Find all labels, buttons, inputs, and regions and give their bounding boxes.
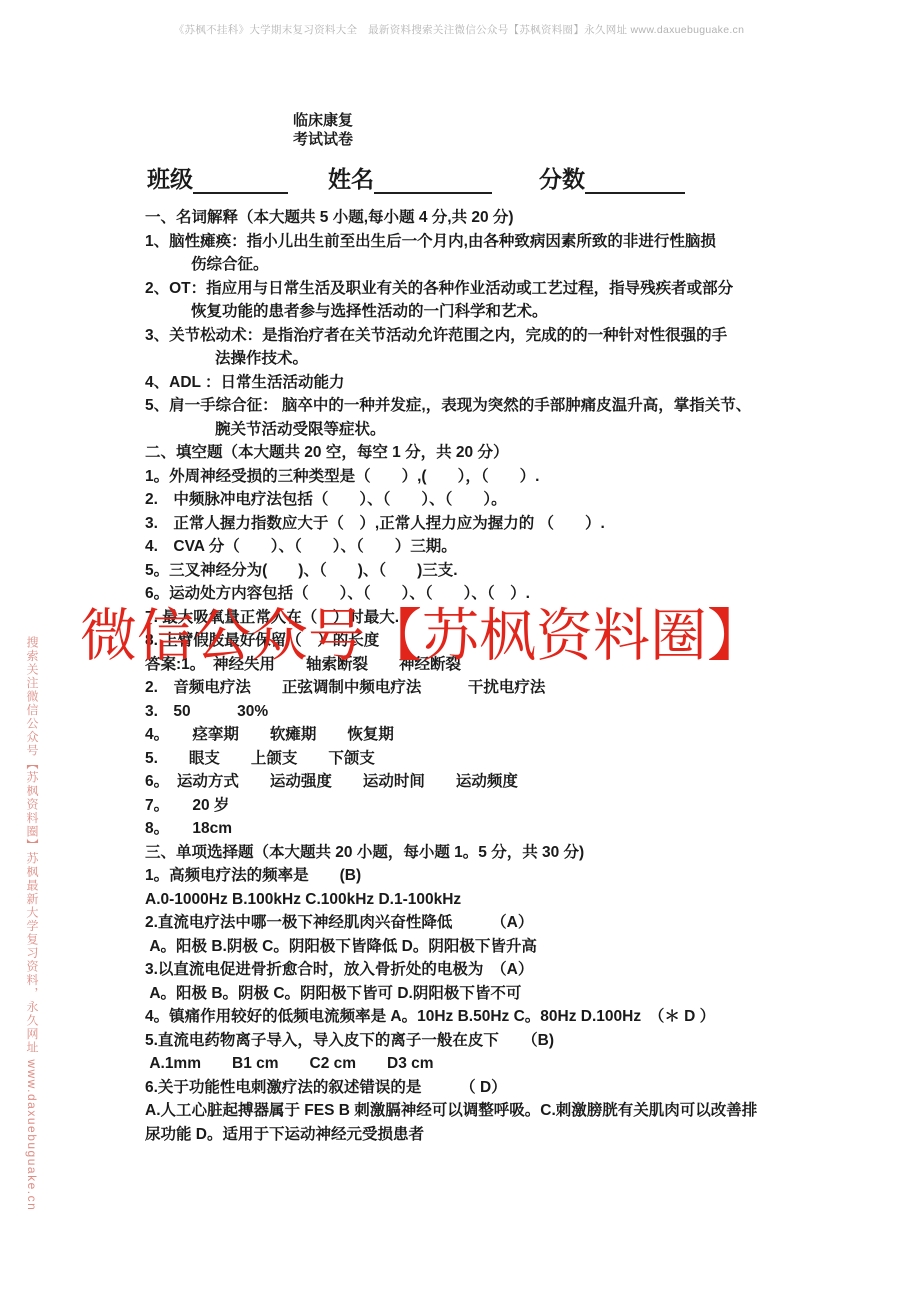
- doc-line: 二、填空题（本大题共 20 空，每空 1 分，共 20 分）: [145, 441, 810, 465]
- doc-line: 1。高频电疗法的频率是 (B): [145, 864, 810, 888]
- exam-title: 临床康复 考试试卷: [293, 112, 353, 149]
- doc-line: 2. 音频电疗法 正弦调制中频电疗法 干扰电疗法: [145, 676, 810, 700]
- doc-line: A。阳极 B.阴极 C。阴阳极下皆降低 D。阴阳极下皆升高: [145, 935, 810, 959]
- doc-line: 4、ADL ：日常生活活动能力: [145, 371, 810, 395]
- doc-line: A.0-1000Hz B.100kHz C.100kHz D.1-100kHz: [145, 888, 810, 912]
- student-info-row: 班级姓名分数: [147, 161, 685, 194]
- doc-line: 8。 18cm: [145, 817, 810, 841]
- doc-line: 4. CVA 分（ ）、（ ）、（ ）三期。: [145, 535, 810, 559]
- exam-paper-page: 《苏枫不挂科》大学期末复习资料大全 最新资料搜索关注微信公众号【苏枫资料圈】永久…: [0, 0, 918, 1298]
- doc-line: 伤综合征。: [145, 253, 810, 277]
- doc-line: 三、单项选择题（本大题共 20 小题，每小题 1。5 分，共 30 分): [145, 841, 810, 865]
- doc-line: 5.直流电药物离子导入，导入皮下的离子一般在皮下 （B): [145, 1029, 810, 1053]
- class-label: 班级: [147, 166, 193, 192]
- doc-line: 4。镇痛作用较好的低频电流频率是 A。10Hz B.50Hz C。80Hz D.…: [145, 1005, 810, 1029]
- doc-line: 法操作技术。: [145, 347, 810, 371]
- name-blank-line: [374, 166, 492, 194]
- left-vertical-watermark-note: 搜索关注微信公众号【苏枫资料圈】苏枫最新大学复习资料，永久网址 www.daxu…: [24, 636, 41, 1084]
- doc-line: 1、脑性瘫痪：指小儿出生前至出生后一个月内,由各种致病因素所致的非进行性脑损: [145, 230, 810, 254]
- name-label: 姓名: [328, 166, 374, 192]
- doc-line: 2.直流电疗法中哪一极下神经肌肉兴奋性降低 （A）: [145, 911, 810, 935]
- doc-line: 6.关于功能性电刺激疗法的叙述错误的是 （ D）: [145, 1076, 810, 1100]
- doc-line: 5、肩一手综合征： 脑卒中的一种并发症,，表现为突然的手部肿痛皮温升高，掌指关节…: [145, 394, 810, 418]
- doc-line: 6。 运动方式 运动强度 运动时间 运动频度: [145, 770, 810, 794]
- doc-line: 5. 眼支 上颌支 下颌支: [145, 747, 810, 771]
- doc-line: 1。外周神经受损的三种类型是（ ）,( ），（ ）.: [145, 465, 810, 489]
- score-label: 分数: [539, 166, 585, 192]
- doc-line: A.人工心脏起搏器属于 FES B 刺激膈神经可以调整呼吸。C.刺激膀胱有关肌肉…: [145, 1099, 810, 1123]
- red-watermark-overlay: 微信公众号【苏枫资料圈】: [80, 601, 764, 672]
- doc-line: 7。 20 岁: [145, 794, 810, 818]
- doc-line: 腕关节活动受限等症状。: [145, 418, 810, 442]
- doc-line: 4。 痉挛期 软瘫期 恢复期: [145, 723, 810, 747]
- exam-body: 一、名词解释（本大题共 5 小题,每小题 4 分,共 20 分) 1、脑性瘫痪：…: [145, 206, 810, 1146]
- doc-line: 3. 正常人握力指数应大于（ ）,正常人捏力应为握力的 （ ）.: [145, 512, 810, 536]
- score-blank-line: [585, 166, 685, 194]
- class-blank-line: [193, 166, 288, 194]
- doc-line: 尿功能 D。适用于下运动神经元受损患者: [145, 1123, 810, 1147]
- doc-line: 3、关节松动术：是指治疗者在关节活动允许范围之内，完成的的一种针对性很强的手: [145, 324, 810, 348]
- exam-title-line1: 临床康复: [293, 112, 353, 131]
- doc-line: 2、OT：指应用与日常生活及职业有关的各种作业活动或工艺过程，指导残疾者或部分: [145, 277, 810, 301]
- doc-line: 2. 中频脉冲电疗法包括（ ）、（ ）、（ ）。: [145, 488, 810, 512]
- doc-line: 3.以直流电促进骨折愈合时，放入骨折处的电极为 （A）: [145, 958, 810, 982]
- doc-line: 恢复功能的患者参与选择性活动的一门科学和艺术。: [145, 300, 810, 324]
- exam-title-line2: 考试试卷: [293, 131, 353, 150]
- doc-line: A.1mm B1 cm C2 cm D3 cm: [145, 1052, 810, 1076]
- doc-line: 5。三叉神经分为( )、（ )、（ )三支.: [145, 559, 810, 583]
- doc-line: A。阳极 B。阴极 C。阴阳极下皆可 D.阴阳极下皆不可: [145, 982, 810, 1006]
- doc-line: 一、名词解释（本大题共 5 小题,每小题 4 分,共 20 分): [145, 206, 810, 230]
- page-header-note: 《苏枫不挂科》大学期末复习资料大全 最新资料搜索关注微信公众号【苏枫资料圈】永久…: [0, 22, 918, 37]
- doc-line: 3. 50 30%: [145, 700, 810, 724]
